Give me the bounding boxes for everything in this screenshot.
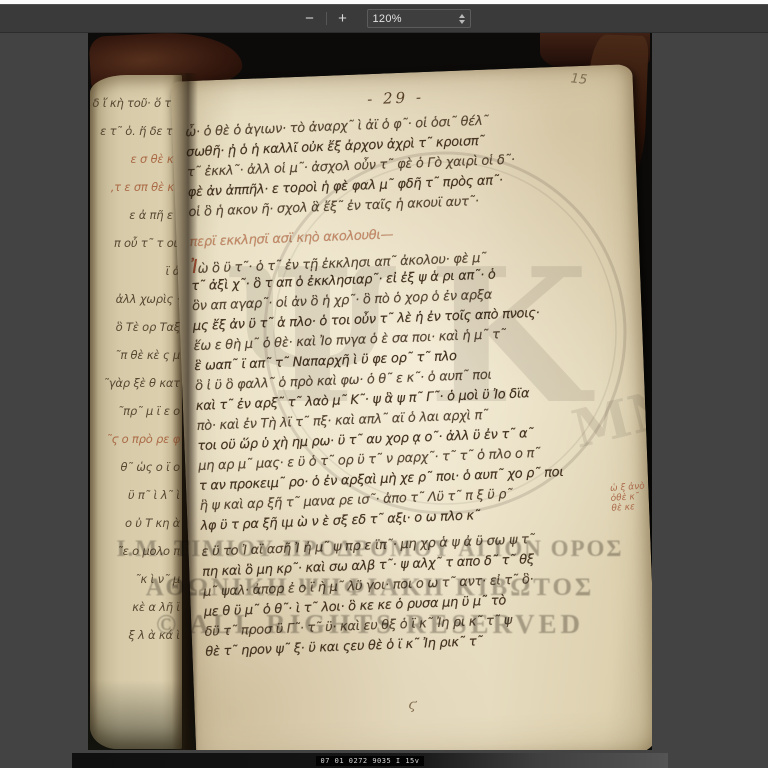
left-page-line: π οὖ τ῀ τ ου (90, 229, 180, 257)
page-number: - 29 - (367, 88, 424, 108)
left-page-text: ῀ δ ἴ κὴ τοῦ· ὅ τε τ῀ ὁ. ἥ δε τὰε σ θὲ κ… (90, 89, 180, 649)
folio-number: 15 (570, 71, 588, 88)
left-page-line: π θὲ κὲ ς μ῀ (90, 341, 180, 369)
left-page-edge: ῀ δ ἴ κὴ τοῦ· ὅ τε τ῀ ὁ. ἥ δε τὰε σ θὲ κ… (90, 75, 182, 749)
left-page-line: ο ὐ Τ κη ὰ (90, 509, 180, 537)
zoom-level-value: 120% (373, 13, 402, 25)
scribe-mark: ϛ (407, 696, 417, 713)
left-page-line: θ῀ ὡς ο ϊ ο (90, 453, 180, 481)
left-page-line: ῀ δ ἴ κὴ τοῦ· ὅ τ (90, 89, 180, 117)
manuscript-photo[interactable]: ῀ δ ἴ κὴ τοῦ· ὅ τε τ῀ ὁ. ἥ δε τὰε σ θὲ κ… (88, 33, 652, 750)
toolbar-separator (326, 12, 327, 25)
stepper-icon[interactable] (459, 14, 465, 24)
marginal-note: ὡ ξ ἀνὸὀθὲ κ῀θὲ κε (610, 481, 652, 514)
left-page-line: πρ῀ μ ϊ ε ο῀ (90, 397, 180, 425)
left-page-line: ε ο μολο π῀ (90, 537, 180, 565)
zoom-in-button[interactable]: + (331, 9, 355, 29)
manuscript-page: - 29 - 15 ὦ· ὁ θὲ ὁ ἁγιων· τὸ ἀναρχ῀ ὶ ἀ… (170, 64, 652, 750)
left-page-line: ε τ῀ ὁ. ἥ δε τὰ (90, 117, 180, 145)
zoom-controls: − + 120% (298, 9, 471, 29)
left-page-line: ε σ θὲ κς (90, 145, 180, 173)
zoom-level-select[interactable]: 120% (367, 9, 471, 28)
left-page-line: κὲ α λῆ ϊ (90, 593, 180, 621)
left-page-line: γὰρ ξὲ θ κατ῀ (90, 369, 180, 397)
left-page-line: ϋ π῀ ὶ λ῀ ὶ (90, 481, 180, 509)
film-frame-label: 07 01 0272 9035 I 15v (316, 756, 423, 766)
left-page-line: ϛ ο πρὸ ρε φ῀ (90, 425, 180, 453)
left-page-line: ϊ ἀ (90, 257, 180, 285)
left-page-line: ε ἀ πῆ ε ϊ (90, 201, 180, 229)
left-page-line: τ ε σπ θὲ κε, (90, 173, 180, 201)
left-page-line: · ἀλλ χωρὶς (90, 285, 180, 313)
left-page-line: κ ὶ ν῀ μ῀ (90, 565, 180, 593)
viewer-toolbar: − + 120% (0, 4, 768, 33)
marginal-note-line: θὲ κε (611, 501, 652, 514)
next-page-strip[interactable]: 07 01 0272 9035 I 15v (72, 753, 668, 768)
zoom-out-button[interactable]: − (298, 9, 322, 29)
text-lines: ὦ· ὁ θὲ ὁ ἁγιων· τὸ ἀναρχ῀ ὶ ἀϊ ὁ φ῀· οἱ… (185, 106, 649, 663)
left-page-line: ξ λ ὰ κά ὶ (90, 621, 180, 649)
left-page-line: ὃ Τὲ ορ Ταξ (90, 313, 180, 341)
gutter-shadow (172, 73, 198, 750)
